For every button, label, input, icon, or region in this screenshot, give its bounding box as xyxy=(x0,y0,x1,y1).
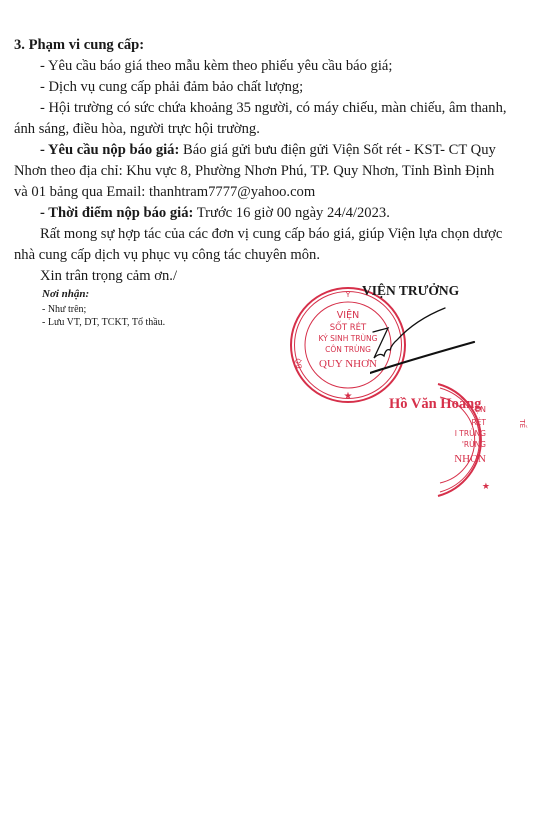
submission-text: Báo giá gửi bưu điện gửi Viện Sốt rét - … xyxy=(179,142,495,158)
submission-line: - Yêu cầu nộp báo giá: Báo giá gửi bưu đ… xyxy=(40,141,496,159)
svg-text:BỘ: BỘ xyxy=(293,357,304,369)
scope-item: - Hội trường có sức chứa khoảng 35 người… xyxy=(40,99,507,117)
svg-text:TẾ: TẾ xyxy=(518,418,528,428)
submission-address: Nhơn theo địa chỉ: Khu vực 8, Phường Nhơ… xyxy=(14,162,494,180)
closing-line: nhà cung cấp dịch vụ phục vụ công tác ch… xyxy=(14,246,320,264)
svg-text:'RÙNG: 'RÙNG xyxy=(462,440,486,449)
submission-email: và 01 bảng qua Email: thanhtram7777@yaho… xyxy=(14,183,315,201)
recipients-heading: Nơi nhận: xyxy=(42,288,89,300)
deadline-label: - Thời điểm nộp báo giá: xyxy=(40,205,193,221)
submission-label: - Yêu cầu nộp báo giá: xyxy=(40,142,179,158)
recipient-item: - Lưu VT, DT, TCKT, Tổ thầu. xyxy=(42,317,165,329)
signatory-name: Hồ Văn Hoàng xyxy=(389,396,481,413)
deadline-line: - Thời điểm nộp báo giá: Trước 16 giờ 00… xyxy=(40,204,390,222)
scope-item: - Dịch vụ cung cấp phải đảm bảo chất lượ… xyxy=(40,78,303,96)
scope-item: ánh sáng, điều hòa, người trực hội trườn… xyxy=(14,120,260,138)
svg-text:KÝ SINH TRÙNG: KÝ SINH TRÙNG xyxy=(319,334,378,343)
svg-text:VIỆN: VIỆN xyxy=(337,309,359,321)
section-heading: 3. Phạm vi cung cấp: xyxy=(14,36,144,54)
svg-text:NHƠN: NHƠN xyxy=(454,453,486,465)
thanks-line: Xin trân trọng cảm ơn./ xyxy=(40,267,177,285)
scope-item: - Yêu cầu báo giá theo mẫu kèm theo phiế… xyxy=(40,57,392,75)
deadline-value: Trước 16 giờ 00 ngày 24/4/2023. xyxy=(193,205,389,221)
svg-text:QUY NHƠN: QUY NHƠN xyxy=(319,358,377,370)
closing-line: Rất mong sự hợp tác của các đơn vị cung … xyxy=(40,225,502,243)
svg-text:★: ★ xyxy=(344,391,353,402)
svg-text:RÉT: RÉT xyxy=(471,418,486,427)
svg-text:Y: Y xyxy=(345,291,351,299)
svg-text:CÔN TRÙNG: CÔN TRÙNG xyxy=(325,345,371,354)
recipient-item: - Như trên; xyxy=(42,304,86,316)
svg-text:I TRÙNG: I TRÙNG xyxy=(455,429,486,438)
signatory-title: VIỆN TRƯỞNG xyxy=(362,283,459,299)
svg-text:★: ★ xyxy=(482,482,490,492)
handwritten-signature xyxy=(370,300,480,380)
svg-text:SỐT RÉT: SỐT RÉT xyxy=(330,320,367,333)
